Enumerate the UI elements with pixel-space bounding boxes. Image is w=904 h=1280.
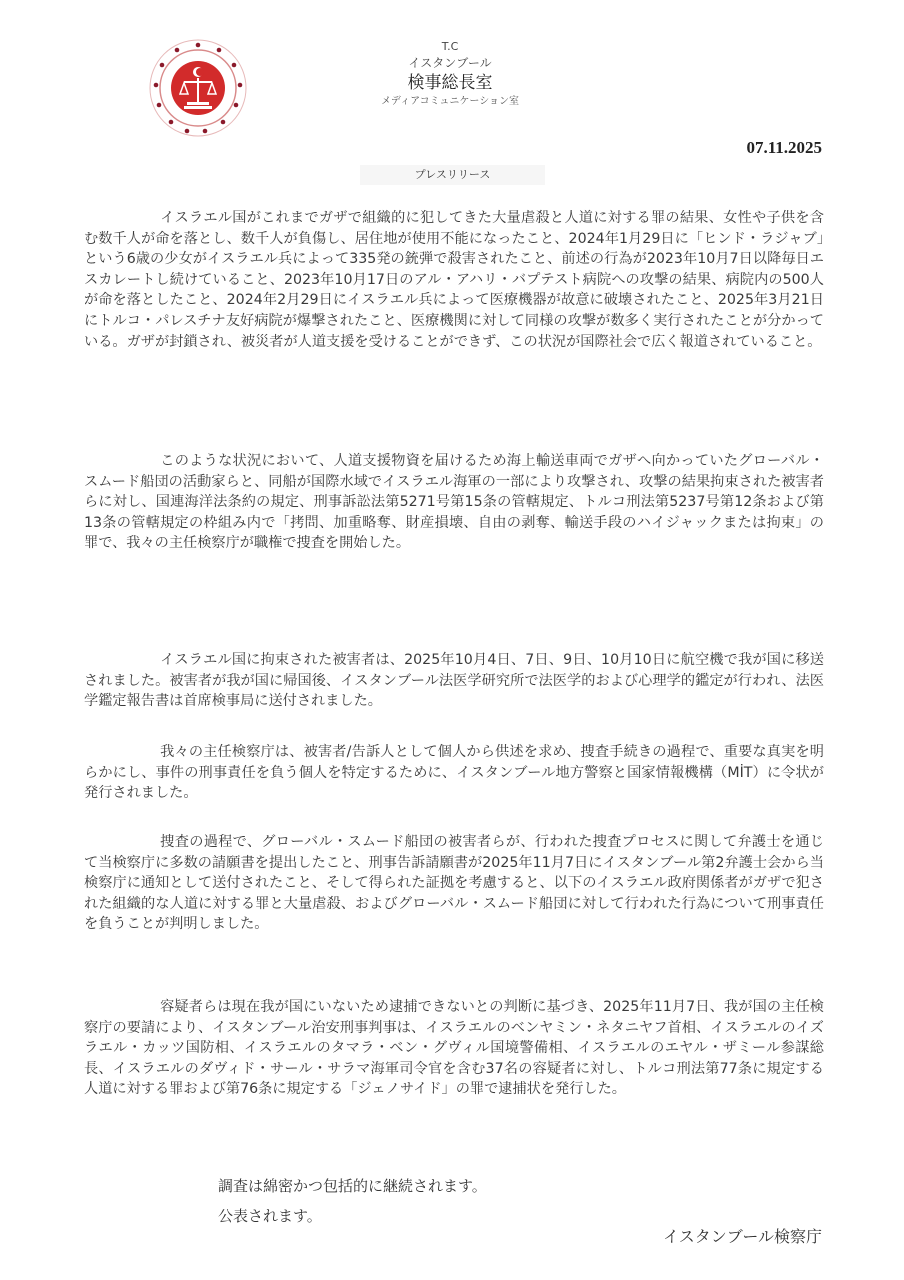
paragraph-text: イスラエル国がこれまでガザで組織的に犯してきた大量虐殺と人道に対する罪の結果、女… — [84, 210, 824, 350]
document-type: プレスリリース — [360, 165, 545, 185]
paragraph-text: 捜査の過程で、グローバル・スムード船団の被害者らが、行われた捜査プロセスに関して… — [84, 834, 824, 932]
paragraph-1: イスラエル国がこれまでガザで組織的に犯してきた大量虐殺と人道に対する罪の結果、女… — [84, 208, 824, 352]
ministry-seal-icon — [147, 38, 249, 138]
paragraph-5: 捜査の過程で、グローバル・スムード船団の被害者らが、行われた捜査プロセスに関して… — [84, 832, 824, 935]
paragraph-4: 我々の主任検察庁は、被害者/告訴人として個人から供述を求め、捜査手続きの過程で、… — [84, 742, 824, 804]
city-name: イスタンブール — [300, 54, 600, 72]
department-name: メディアコミュニケーション室 — [300, 94, 600, 110]
paragraph-6: 容疑者らは現在我が国にいないため逮捕できないとの判断に基づき、2025年11月7… — [84, 997, 824, 1100]
closing-line-1: 調査は綿密かつ包括的に継続されます。 — [218, 1176, 487, 1196]
document-header: T.C イスタンブール 検事総長室 メディアコミュニケーション室 — [300, 40, 600, 110]
paragraph-text: 我々の主任検察庁は、被害者/告訴人として個人から供述を求め、捜査手続きの過程で、… — [84, 744, 824, 801]
document-date: 07.11.2025 — [746, 138, 822, 158]
paragraph-2: このような状況において、人道支援物資を届けるため海上輸送車両でガザへ向かっていた… — [84, 451, 824, 554]
paragraph-3: イスラエル国に拘束された被害者は、2025年10月4日、7日、9日、10月10日… — [84, 650, 824, 712]
paragraph-text: イスラエル国に拘束された被害者は、2025年10月4日、7日、9日、10月10日… — [84, 652, 824, 709]
country-code: T.C — [300, 40, 600, 54]
office-title: 検事総長室 — [300, 72, 600, 94]
paragraph-text: このような状況において、人道支援物資を届けるため海上輸送車両でガザへ向かっていた… — [84, 453, 824, 551]
paragraph-text: 容疑者らは現在我が国にいないため逮捕できないとの判断に基づき、2025年11月7… — [84, 999, 824, 1097]
signature: イスタンブール検察庁 — [663, 1224, 822, 1247]
closing-line-2: 公表されます。 — [218, 1206, 322, 1226]
